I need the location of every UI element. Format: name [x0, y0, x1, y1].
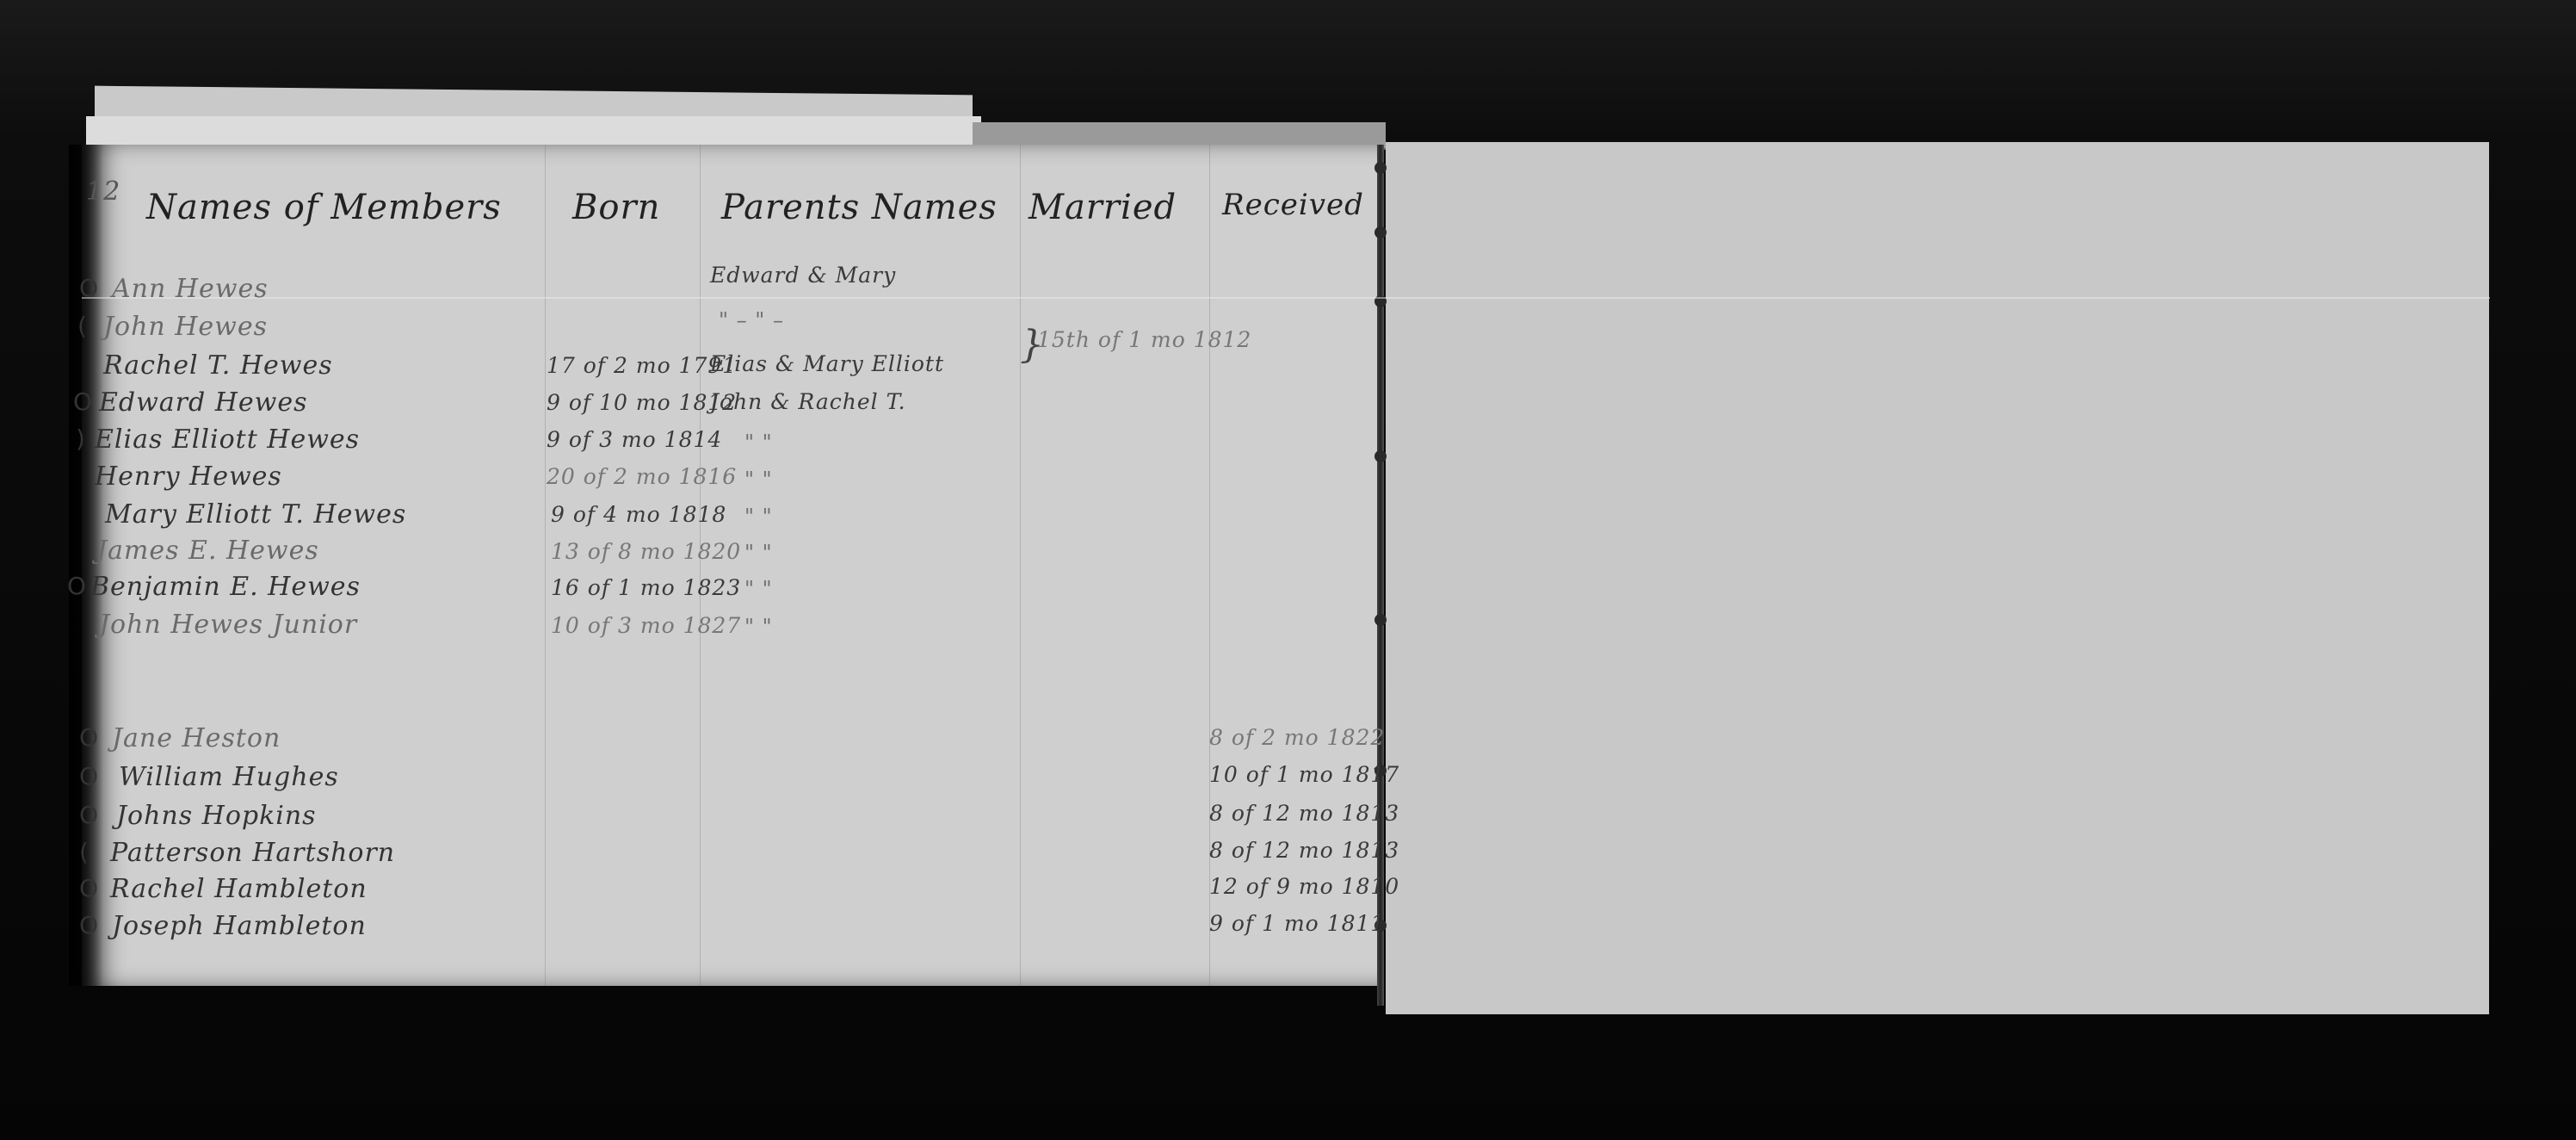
row-mark: (	[77, 312, 87, 340]
row-mark: O	[79, 274, 98, 302]
born-date: 9 of 10 mo 1812	[547, 390, 737, 415]
member-name: Benjamin E. Hewes	[90, 572, 361, 602]
received-date: 9 of 1 mo 1811	[1209, 911, 1385, 936]
born-date: 10 of 3 mo 1827	[551, 613, 741, 638]
binding-stitch	[1374, 162, 1387, 174]
parents-names: Elias & Mary Elliott	[710, 351, 944, 376]
member-name: Elias Elliott Hewes	[95, 424, 360, 455]
column-header-names: Names of Members	[146, 188, 502, 227]
member-name: John Hewes	[103, 312, 268, 342]
member-name: Edward Hewes	[99, 387, 308, 418]
row-mark: (	[79, 838, 89, 866]
column-header-parents: Parents Names	[721, 188, 998, 227]
parents-names: " "	[744, 431, 773, 455]
born-date: 13 of 8 mo 1820	[551, 539, 741, 564]
binding-stitch	[1374, 226, 1387, 239]
parents-names: John & Rachel T.	[710, 389, 906, 414]
member-name: Rachel Hambleton	[110, 874, 368, 904]
born-date: 9 of 3 mo 1814	[547, 427, 722, 452]
member-name: Johns Hopkins	[116, 801, 317, 831]
born-date: 9 of 4 mo 1818	[551, 502, 726, 527]
received-date: 8 of 2 mo 1822	[1209, 725, 1385, 750]
parents-names: " "	[744, 541, 773, 565]
parents-names: " "	[744, 505, 773, 529]
row-mark: O	[73, 387, 92, 416]
member-name: Ann Hewes	[112, 274, 269, 304]
member-name: William Hughes	[119, 762, 339, 792]
parents-names: Edward & Mary	[710, 263, 896, 288]
member-name: John Hewes Junior	[99, 610, 357, 640]
column-rule	[545, 145, 546, 986]
received-date: 10 of 1 mo 1817	[1209, 762, 1399, 787]
column-header-received: Received	[1222, 188, 1364, 222]
born-date: 20 of 2 mo 1816	[547, 464, 737, 489]
member-name: Mary Elliott T. Hewes	[105, 499, 406, 530]
row-mark: O	[67, 572, 86, 600]
row-mark: O	[79, 911, 98, 939]
member-name: Rachel T. Hewes	[103, 350, 333, 381]
row-mark: O	[79, 762, 98, 790]
parents-names: " – " –	[719, 308, 784, 332]
right-blank-page	[1386, 142, 2489, 1014]
member-name: James E. Hewes	[96, 536, 319, 566]
row-mark: O	[79, 723, 98, 752]
column-header-married: Married	[1029, 188, 1177, 227]
member-name: Jane Heston	[112, 723, 281, 753]
born-date: 17 of 2 mo 1791	[547, 353, 737, 378]
received-date: 8 of 12 mo 1813	[1209, 801, 1399, 826]
scan-artifact-line	[82, 297, 2490, 299]
document-scan: 12 Names of Members Born Parents Names M…	[0, 0, 2576, 1140]
row-mark: )	[76, 424, 85, 453]
row-mark: O	[79, 801, 98, 829]
received-date: 8 of 12 mo 1813	[1209, 838, 1399, 863]
parents-names: " "	[744, 615, 773, 639]
parents-names: " "	[744, 577, 773, 601]
column-header-born: Born	[572, 188, 660, 227]
row-mark: O	[79, 874, 98, 902]
member-name: Joseph Hambleton	[112, 911, 367, 941]
member-name: Patterson Hartshorn	[110, 838, 395, 868]
parents-names: " "	[744, 468, 773, 492]
binding-stitch	[1374, 450, 1387, 462]
born-date: 16 of 1 mo 1823	[551, 575, 741, 600]
column-rule	[700, 145, 701, 986]
married-date: 15th of 1 mo 1812	[1037, 327, 1251, 352]
binding-stitch	[1374, 614, 1387, 626]
member-name: Henry Hewes	[95, 462, 282, 492]
page-number: 12	[86, 177, 120, 207]
column-rule	[1020, 145, 1021, 986]
received-date: 12 of 9 mo 1810	[1209, 874, 1399, 899]
